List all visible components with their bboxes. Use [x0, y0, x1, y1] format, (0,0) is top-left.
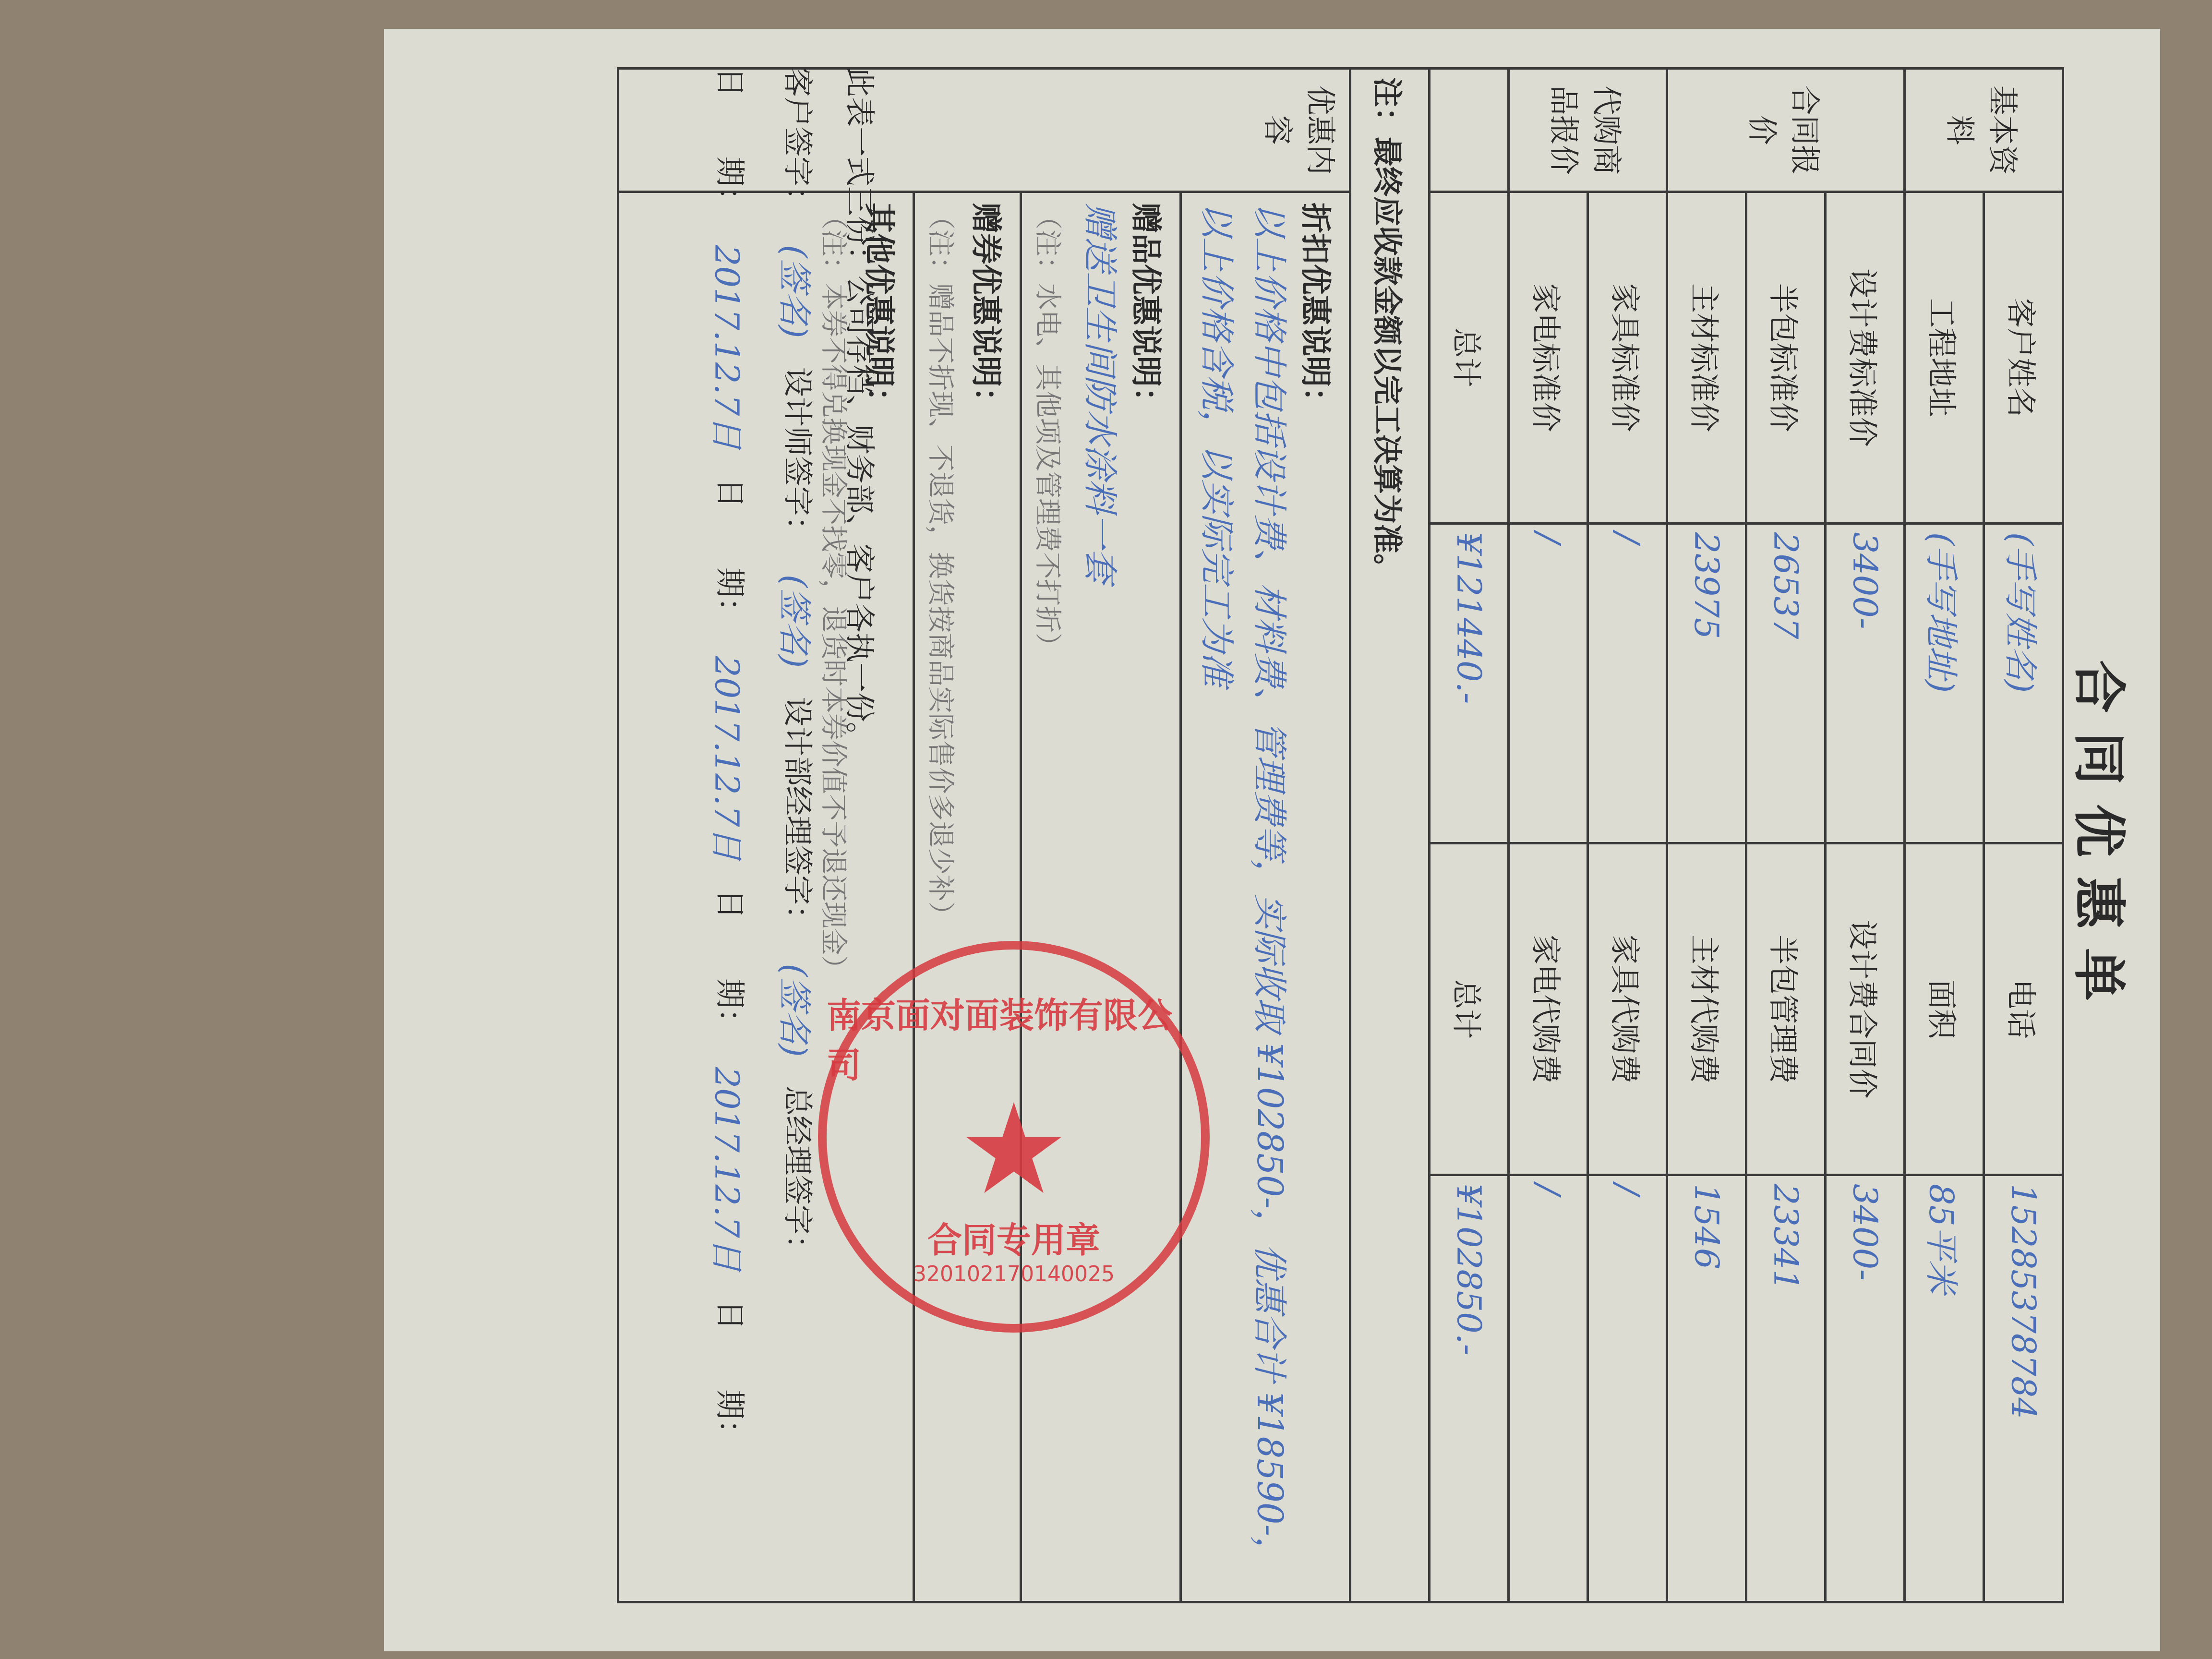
copies-note: 此表一式三份：公司存档、财务部、客户各执一份。: [841, 67, 883, 752]
appliance-proxy-value[interactable]: /: [1509, 1175, 1588, 1602]
row-total: 总计 ¥121440.- 总计 ¥102850.-: [1430, 69, 1509, 1602]
main-material-std-label: 主材标准价: [1667, 192, 1746, 524]
appliance-proxy-label: 家电代购费: [1509, 843, 1588, 1175]
discount-text[interactable]: 以上价格中包括设计费、材料费、管理费等，实际收取 ¥102850-，优惠合计 ¥…: [1190, 203, 1296, 1591]
furniture-proxy-value[interactable]: /: [1588, 1175, 1667, 1602]
half-package-std-label: 半包标准价: [1746, 192, 1826, 524]
discount-title: 折扣优惠说明：: [1296, 203, 1340, 1591]
group-basic-info: 基本资料: [1905, 69, 2063, 192]
phone-label: 电话: [1984, 843, 2063, 1175]
area-label: 面积: [1905, 843, 1984, 1175]
seal-code: 3201021701400​25: [913, 1262, 1115, 1286]
company-seal: 南京面对面装饰有限公司 ★ 合同专用章 3201021701400​25: [818, 941, 1210, 1333]
appliance-std-value[interactable]: /: [1509, 523, 1588, 843]
main-material-proxy-label: 主材代购费: [1667, 843, 1746, 1175]
date-customer[interactable]: 2017.12.7日: [705, 245, 754, 449]
settlement-note: 注：最终应收款金额以完工决算为准。: [1350, 69, 1430, 1602]
coupon-section: 赠券优惠说明： （注：赠品不折现、不退货，换货按商品实际售价多退少补）: [913, 193, 1020, 1601]
design-fee-contract-value[interactable]: 3400-: [1826, 1175, 1905, 1602]
designer-signature[interactable]: (签名): [773, 575, 821, 668]
coupon-title: 赠券优惠说明：: [967, 203, 1011, 1591]
design-fee-std-value[interactable]: 3400-: [1826, 523, 1905, 843]
total-std-value[interactable]: ¥121440.-: [1430, 523, 1509, 843]
gift-text[interactable]: 赠送卫生间防水涂料一套: [1074, 203, 1127, 1591]
total-std-label: 总计: [1430, 192, 1509, 524]
date-label-designer: 日 期：: [705, 478, 754, 627]
seal-company-name: 南京面对面装饰有限公司: [827, 987, 1201, 1087]
discount-section: 折扣优惠说明： 以上价格中包括设计费、材料费、管理费等，实际收取 ¥102850…: [1179, 193, 1349, 1601]
form-title: 合同优惠单: [2065, 29, 2141, 1651]
design-fee-contract-label: 设计费合同价: [1826, 843, 1905, 1175]
row-note: 注：最终应收款金额以完工决算为准。: [1350, 69, 1430, 1602]
address-value[interactable]: (手写地址): [1905, 523, 1984, 843]
date-manager[interactable]: 2017.12.7日: [705, 1067, 754, 1272]
row-contract-2: 主材标准价 23975 主材代购费 1546: [1667, 69, 1746, 1602]
group-contract-quote: 合同报价: [1667, 69, 1905, 192]
main-material-proxy-value[interactable]: 1546: [1667, 1175, 1746, 1602]
area-value[interactable]: 85平米: [1905, 1175, 1984, 1602]
half-package-mgmt-label: 半包管理费: [1746, 843, 1826, 1175]
star-icon: ★: [958, 1087, 1070, 1212]
furniture-std-value[interactable]: /: [1588, 523, 1667, 843]
customer-sign-label: 客户签字：: [773, 67, 821, 216]
date-designer[interactable]: 2017.12.7日: [705, 656, 754, 860]
row-proxy-0: 代购商品报价 家具标准价 / 家具代购费 /: [1588, 69, 1667, 1602]
coupon-note: （注：赠品不折现、不退货，换货按商品实际售价多退少补）: [924, 203, 962, 1591]
design-fee-std-label: 设计费标准价: [1826, 192, 1905, 524]
date-label-manager: 日 期：: [705, 890, 754, 1038]
appliance-std-label: 家电标准价: [1509, 192, 1588, 524]
date-label-customer: 日 期：: [705, 67, 754, 216]
customer-name-value[interactable]: (手写姓名): [1984, 523, 2063, 843]
design-manager-signature[interactable]: (签名): [773, 963, 821, 1057]
row-contract-0: 合同报价 设计费标准价 3400- 设计费合同价 3400-: [1826, 69, 1905, 1602]
form-footer: 此表一式三份：公司存档、财务部、客户各执一份。 客户签字： (签名) 设计师签字…: [686, 67, 902, 1603]
furniture-std-label: 家具标准价: [1588, 192, 1667, 524]
row-customer: 基本资料 客户姓名 (手写姓名) 电话 15285378784: [1984, 69, 2063, 1602]
designer-sign-label: 设计师签字：: [773, 367, 821, 546]
furniture-proxy-label: 家具代购费: [1588, 843, 1667, 1175]
gift-title: 赠品优惠说明：: [1127, 203, 1171, 1591]
customer-signature[interactable]: (签名): [773, 245, 821, 338]
seal-subtitle: 合同专用章: [927, 1212, 1100, 1262]
half-package-mgmt-value[interactable]: 23341: [1746, 1175, 1826, 1602]
total-proxy-value[interactable]: ¥102850.-: [1430, 1175, 1509, 1602]
total-proxy-label: 总计: [1430, 843, 1509, 1175]
design-manager-sign-label: 设计部经理签字：: [773, 697, 821, 935]
contract-discount-form: 合同优惠单 基本资料 客户姓名 (手写姓名) 电话 15285378784 工程…: [384, 29, 2160, 1651]
address-label: 工程地址: [1905, 192, 1984, 524]
date-label-gm: 日 期：: [705, 1300, 754, 1449]
gift-note: （注：水电、其他项及管理费不打折）: [1031, 203, 1069, 1591]
phone-value[interactable]: 15285378784: [1984, 1175, 2063, 1602]
row-address: 工程地址 (手写地址) 面积 85平米: [1905, 69, 1984, 1602]
half-package-std-value[interactable]: 26537: [1746, 523, 1826, 843]
gift-section: 赠品优惠说明： 赠送卫生间防水涂料一套 （注：水电、其他项及管理费不打折）: [1020, 193, 1179, 1601]
row-contract-1: 半包标准价 26537 半包管理费 23341: [1746, 69, 1826, 1602]
gm-sign-label: 总经理签字：: [773, 1086, 821, 1264]
group-proxy-quote: 代购商品报价: [1509, 69, 1667, 192]
row-proxy-1: 家电标准价 / 家电代购费 /: [1509, 69, 1588, 1602]
main-material-std-value[interactable]: 23975: [1667, 523, 1746, 843]
customer-name-label: 客户姓名: [1984, 192, 2063, 524]
